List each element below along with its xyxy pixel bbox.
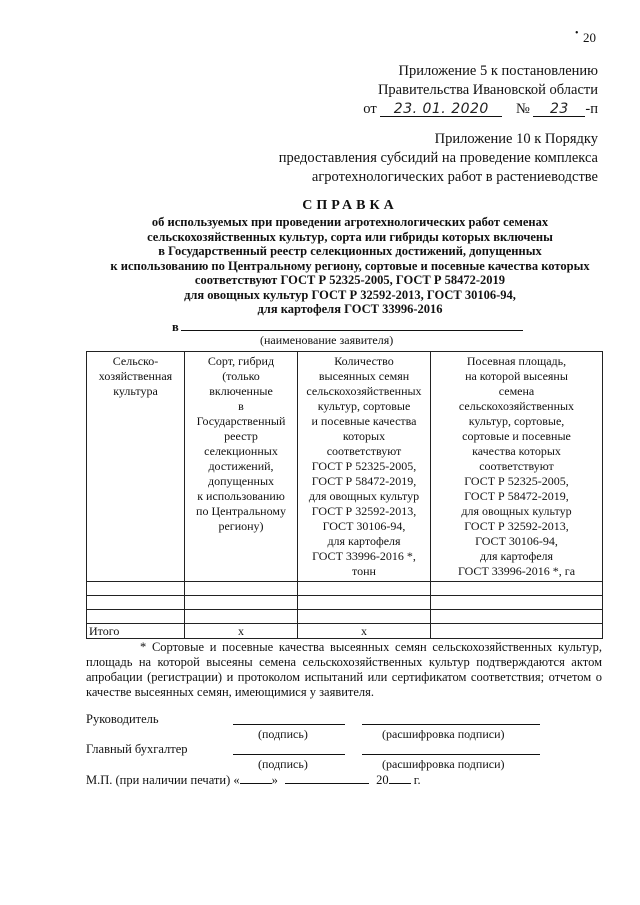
accountant-signature-line[interactable] (233, 753, 345, 755)
total-variety: х (185, 624, 298, 639)
header-seed-quantity: Количество высеянных семян сельскохозяйс… (298, 352, 431, 582)
accountant-decoding-line[interactable] (362, 753, 540, 755)
table-cell[interactable] (431, 610, 603, 624)
appendix5-block: Приложение 5 к постановлению Правительст… (363, 62, 598, 119)
footnote: * Сортовые и посевные качества высеянных… (86, 640, 602, 700)
title-line: сельскохозяйственных культур, сорта или … (80, 230, 620, 245)
table-total-row: Итого х х (87, 624, 603, 639)
year-field[interactable] (389, 771, 411, 784)
table-cell[interactable] (185, 610, 298, 624)
table-cell[interactable] (185, 582, 298, 596)
title-line: к использованию по Центральному региону,… (80, 259, 620, 274)
decree-number: 23 (533, 102, 585, 117)
from-label: от (363, 101, 376, 117)
appendix10-line2: предоставления субсидий на проведение ко… (279, 149, 598, 168)
table-cell[interactable] (431, 596, 603, 610)
table-cell[interactable] (298, 582, 431, 596)
head-label: Руководитель (86, 712, 159, 727)
table-row (87, 596, 603, 610)
title-line: для картофеля ГОСТ 33996-2016 (80, 302, 620, 317)
header-variety: Сорт, гибрид (только включенные в Госуда… (185, 352, 298, 582)
appendix5-line2: Правительства Ивановской области (363, 81, 598, 100)
table-cell[interactable] (185, 596, 298, 610)
appendix5-line1: Приложение 5 к постановлению (363, 62, 598, 81)
scan-mark: • (575, 28, 579, 39)
seeds-table: Сельско- хозяйственная культура Сорт, ги… (86, 351, 603, 639)
footnote-text: * Сортовые и посевные качества высеянных… (86, 640, 602, 699)
applicant-prefix: в (172, 320, 179, 334)
accountant-signature-caption: (подпись) (258, 757, 308, 772)
table-row (87, 582, 603, 596)
applicant-caption: (наименование заявителя) (260, 333, 393, 348)
total-label: Итого (87, 624, 185, 639)
month-field[interactable] (285, 771, 369, 784)
accountant-decoding-caption: (расшифровка подписи) (382, 757, 505, 772)
title-line: соответствуют ГОСТ Р 52325-2005, ГОСТ Р … (80, 273, 620, 288)
table-cell[interactable] (431, 582, 603, 596)
appendix10-line3: агротехнологических работ в растениеводс… (279, 168, 598, 187)
title-line: для овощных культур ГОСТ Р 32592-2013, Г… (80, 288, 620, 303)
table-row (87, 610, 603, 624)
head-signature-line[interactable] (233, 723, 345, 725)
appendix10-block: Приложение 10 к Порядку предоставления с… (279, 130, 598, 187)
decree-date: 23. 01. 2020 (380, 102, 502, 117)
table-header-row: Сельско- хозяйственная культура Сорт, ги… (87, 352, 603, 582)
document-title: СПРАВКА об используемых при проведении а… (80, 197, 620, 317)
head-decoding-line[interactable] (362, 723, 540, 725)
page-number: 20 (583, 30, 596, 46)
decree-suffix: -п (585, 101, 598, 117)
total-area[interactable] (431, 624, 603, 639)
year-prefix: 20 (376, 773, 389, 787)
table-cell[interactable] (87, 582, 185, 596)
title-heading: СПРАВКА (80, 197, 620, 215)
title-line: в Государственный реестр селекционных до… (80, 244, 620, 259)
day-field[interactable] (240, 771, 272, 784)
header-crop: Сельско- хозяйственная культура (87, 352, 185, 582)
title-line: об используемых при проведении агротехно… (80, 215, 620, 230)
header-sown-area: Посевная площадь, на которой высеяны сем… (431, 352, 603, 582)
head-signature-caption: (подпись) (258, 727, 308, 742)
number-label: № (516, 101, 530, 117)
accountant-label: Главный бухгалтер (86, 742, 188, 757)
stamp-mid: » (272, 773, 278, 787)
table-cell[interactable] (298, 610, 431, 624)
head-decoding-caption: (расшифровка подписи) (382, 727, 505, 742)
applicant-input-line[interactable] (181, 320, 523, 331)
total-quantity: х (298, 624, 431, 639)
appendix10-line1: Приложение 10 к Порядку (279, 130, 598, 149)
table-cell[interactable] (87, 610, 185, 624)
table-cell[interactable] (298, 596, 431, 610)
table-cell[interactable] (87, 596, 185, 610)
stamp-label: М.П. (при наличии печати) « (86, 773, 240, 787)
appendix5-date-line: от 23. 01. 2020 № 23-п (363, 100, 598, 119)
year-suffix: г. (414, 773, 421, 787)
stamp-date-line: М.П. (при наличии печати) «» 20 г. (86, 771, 421, 788)
